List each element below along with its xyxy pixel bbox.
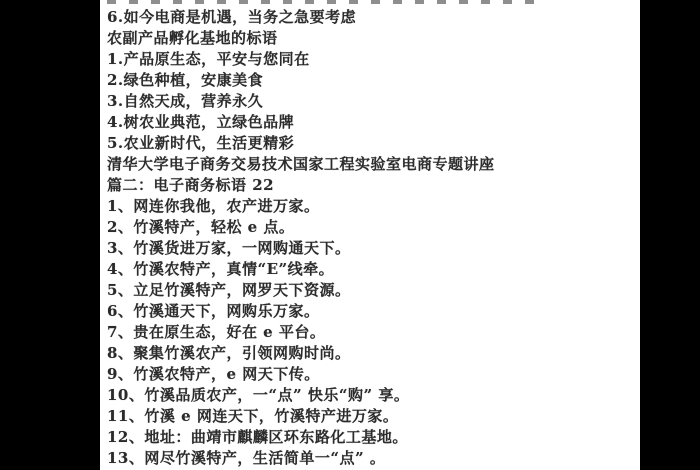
- text-line: 2、竹溪特产，轻松 e 点。: [107, 217, 638, 238]
- text-line: 7、贵在原生态，好在 e 平台。: [107, 322, 638, 343]
- text-line: 9、竹溪农特产，e 网天下传。: [107, 364, 638, 385]
- text-line: 10、竹溪品质农产，一“点” 快乐“购” 享。: [107, 385, 638, 406]
- text-line: 1.产品原生态，平安与您同在: [107, 49, 638, 70]
- text-line: 11、竹溪 e 网连天下，竹溪特产进万家。: [107, 406, 638, 427]
- text-line: 6.如今电商是机遇，当务之急要考虑: [107, 7, 638, 28]
- document-page: 6.如今电商是机遇，当务之急要考虑农副产品孵化基地的标语1.产品原生态，平安与您…: [100, 0, 640, 470]
- text-line: 4、竹溪农特产，真情“E”线牵。: [107, 259, 638, 280]
- text-line: 13、网尽竹溪特产，生活简单一“点” 。: [107, 448, 638, 469]
- text-line: 4.树农业典范，立绿色品牌: [107, 112, 638, 133]
- text-line: 篇二：电子商务标语 22: [107, 175, 638, 196]
- text-line: 5.农业新时代，生活更精彩: [107, 133, 638, 154]
- text-line: 3、竹溪货进万家，一网购通天下。: [107, 238, 638, 259]
- right-letterbox-bar: [640, 0, 700, 470]
- screenshot-root: 6.如今电商是机遇，当务之急要考虑农副产品孵化基地的标语1.产品原生态，平安与您…: [0, 0, 700, 470]
- text-line: 3.自然天成，营养永久: [107, 91, 638, 112]
- cropped-text-remnant: [107, 0, 547, 4]
- text-line: 8、聚集竹溪农产，引领网购时尚。: [107, 343, 638, 364]
- text-line: 清华大学电子商务交易技术国家工程实验室电商专题讲座: [107, 154, 638, 175]
- text-line: 12、地址：曲靖市麒麟区环东路化工基地。: [107, 427, 638, 448]
- text-line: 5、立足竹溪特产，网罗天下资源。: [107, 280, 638, 301]
- left-letterbox-bar: [0, 0, 100, 470]
- text-line: 6、竹溪通天下，网购乐万家。: [107, 301, 638, 322]
- text-lines: 6.如今电商是机遇，当务之急要考虑农副产品孵化基地的标语1.产品原生态，平安与您…: [107, 7, 638, 469]
- text-line: 2.绿色种植，安康美食: [107, 70, 638, 91]
- text-line: 农副产品孵化基地的标语: [107, 28, 638, 49]
- text-line: 1、网连你我他，农产进万家。: [107, 196, 638, 217]
